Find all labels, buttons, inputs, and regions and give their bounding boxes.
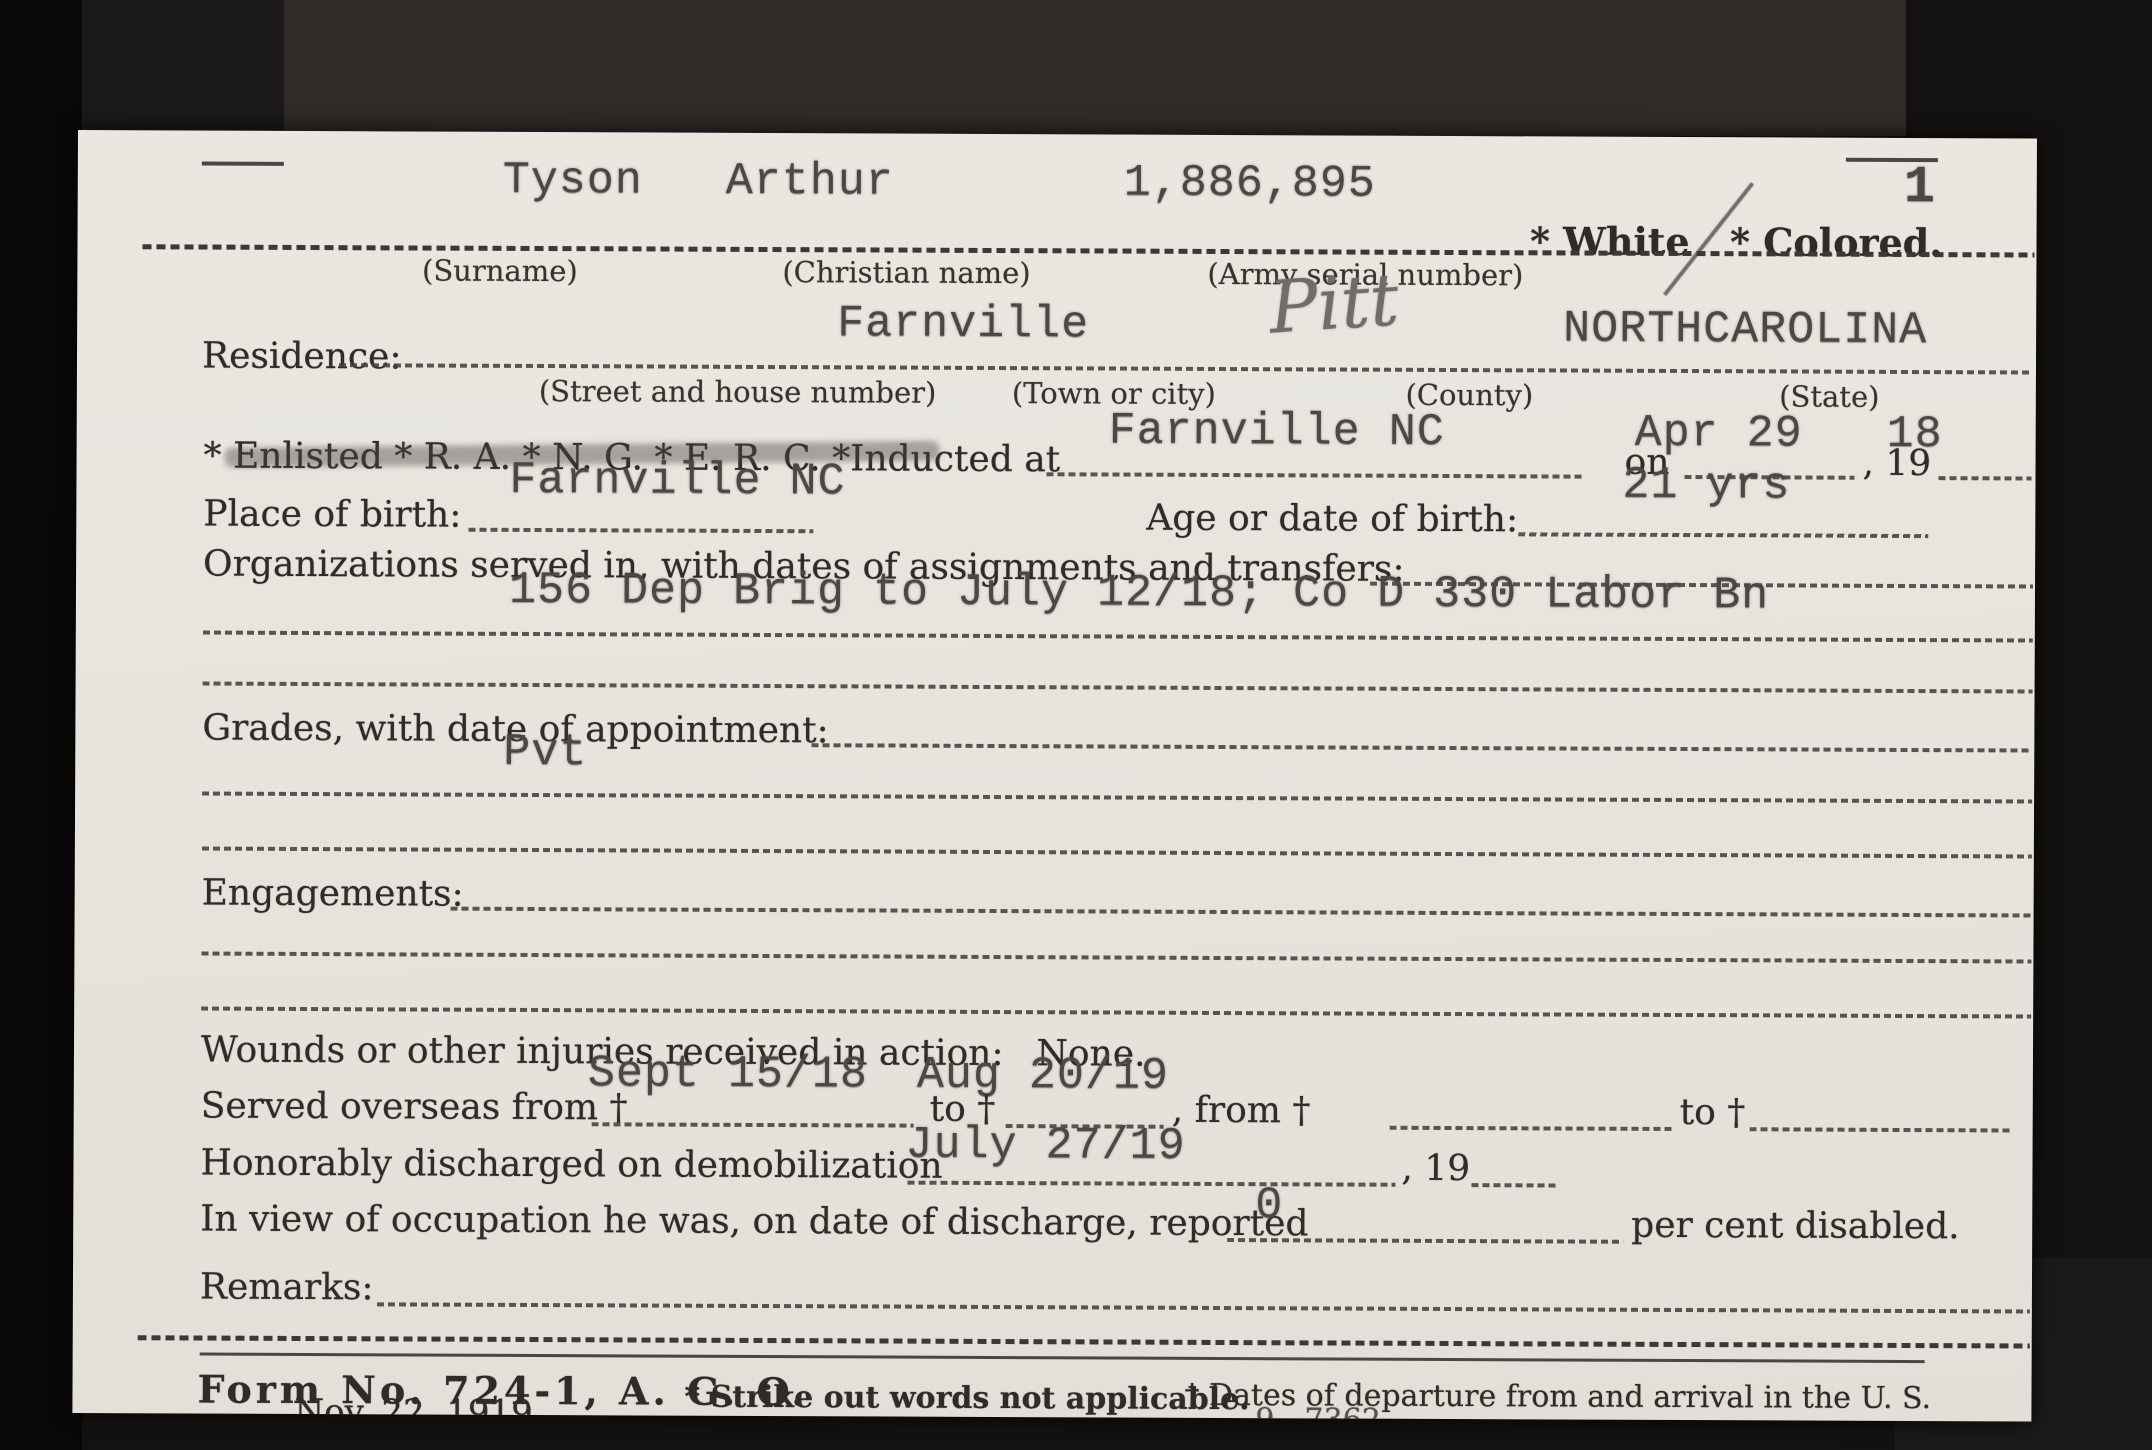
- overseas-leader-4: [1750, 1127, 2010, 1132]
- residence-label: Residence:: [202, 337, 402, 378]
- age-leader: [1518, 532, 1928, 538]
- inducted-place-value: Farnville NC: [1109, 409, 1445, 455]
- discharge-year-leader: [1471, 1183, 1556, 1187]
- age-value: 21 yrs: [1622, 463, 1790, 509]
- engagements-label: Engagements:: [202, 874, 464, 915]
- scan-background-left-strip: [0, 0, 82, 1450]
- residence-county-handwritten: Pitt: [1267, 263, 1401, 343]
- disability-label: In view of occupation he was, on date of…: [200, 1200, 1308, 1245]
- engagements-leader: [451, 907, 2032, 918]
- grade-value: Pvt: [503, 730, 587, 775]
- record-card: 1 Tyson Arthur 1,886,895 * White * Color…: [72, 130, 2037, 1422]
- disability-value: 0: [1255, 1183, 1283, 1228]
- grades-blank-line-2: [202, 847, 2032, 859]
- page-number: 1: [1904, 162, 1936, 214]
- overseas-from-date-value: Sept 15/18: [588, 1051, 868, 1097]
- race-option-colored: * Colored.: [1730, 219, 1943, 265]
- overseas-to2-label: to †: [1680, 1093, 1746, 1134]
- top-left-mark: [202, 162, 284, 166]
- disability-suffix: per cent disabled.: [1631, 1206, 1960, 1248]
- christian-name-value: Arthur: [726, 159, 894, 205]
- overseas-from2-label: , from †: [1172, 1091, 1311, 1132]
- inducted-at-leader: [1046, 472, 1581, 478]
- footer-dashed-rule: [138, 1335, 2030, 1348]
- grades-blank-line-1: [202, 792, 2032, 804]
- footer-solid-rule: [200, 1353, 1925, 1364]
- footer-print-code: 9—7362: [1255, 1403, 1381, 1421]
- remarks-label: Remarks:: [200, 1268, 374, 1309]
- race-options: * White * Colored.: [1527, 220, 1942, 264]
- label-surname: (Surname): [407, 253, 592, 288]
- label-christian-name: (Christian name): [782, 255, 1027, 290]
- organizations-blank-line-1: [203, 631, 2033, 643]
- label-street: (Street and house number): [539, 374, 844, 409]
- place-of-birth-label: Place of birth:: [203, 495, 461, 536]
- overseas-label: Served overseas from †: [201, 1087, 628, 1129]
- footer-form-date: Nov. 22, 1919.: [294, 1393, 543, 1422]
- place-of-birth-value: Farnville NC: [509, 458, 845, 504]
- remarks-leader: [377, 1302, 2030, 1313]
- scan-background-top-band: [284, 0, 1906, 136]
- organizations-blank-line-2: [203, 682, 2033, 694]
- inducted-year-leader: [1938, 476, 2031, 480]
- inducted-year-label: , 19: [1862, 444, 1931, 485]
- residence-town-value: Farnville: [837, 301, 1089, 347]
- serial-number-value: 1,886,895: [1124, 161, 1376, 207]
- engagements-blank-line-2: [201, 1007, 2031, 1019]
- overseas-leader-1: [592, 1122, 914, 1127]
- age-label: Age or date of birth:: [1146, 499, 1518, 541]
- surname-value: Tyson: [503, 158, 643, 204]
- footer-strike-note: * Strike out words not applicable.: [684, 1381, 1249, 1417]
- discharge-label: Honorably discharged on demobilization: [200, 1144, 942, 1188]
- overseas-leader-3: [1390, 1126, 1673, 1131]
- grades-leader: [811, 743, 2032, 752]
- residence-state-value: NORTHCAROLINA: [1563, 306, 1927, 353]
- discharge-date-value: July 27/19: [905, 1123, 1185, 1169]
- race-option-white: * White: [1530, 218, 1690, 264]
- discharge-leader: [907, 1181, 1395, 1187]
- residence-leader: [339, 363, 2032, 374]
- scan-background-mid-strip: [82, 0, 284, 138]
- engagements-blank-line-1: [201, 952, 2031, 964]
- organizations-value: 156 Dep Brig to July 12/18; Co D 330 Lab…: [509, 568, 1769, 618]
- place-of-birth-leader: [468, 528, 813, 534]
- discharge-year-label: , 19: [1401, 1149, 1470, 1190]
- scanned-service-record: 1 Tyson Arthur 1,886,895 * White * Color…: [0, 0, 2152, 1450]
